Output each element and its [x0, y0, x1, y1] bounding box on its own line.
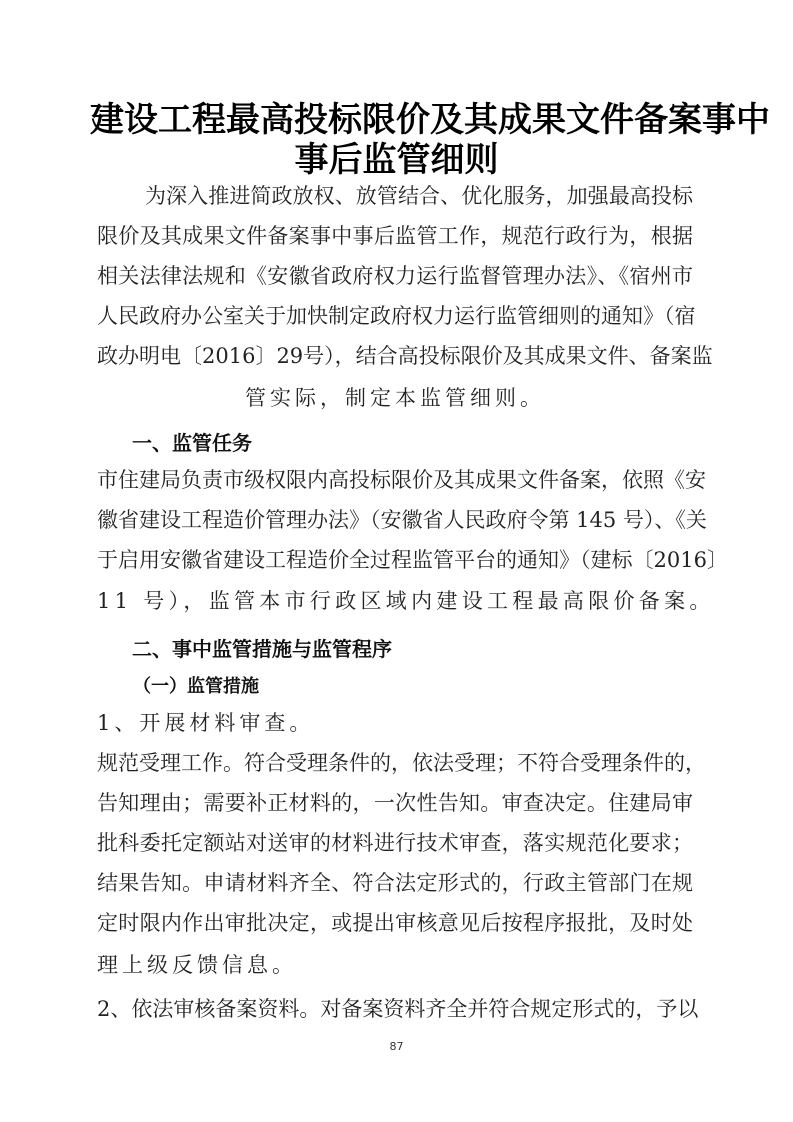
intro-paragraph-line-4: 人民政府办公室关于加快制定政府权力运行监管细则的通知》（宿 [97, 303, 693, 329]
item-1-line-3: 批科委托定额站对送审的材料进行技术审查，落实规范化要求； [97, 830, 693, 856]
item-1-line-2: 告知理由；需要补正材料的，一次性告知。审查决定。住建局审 [97, 790, 693, 816]
section-1-heading: 一、监管任务 [132, 430, 252, 456]
intro-paragraph-line-1: 为深入推进简政放权、放管结合、优化服务，加强最高投标 [145, 183, 693, 209]
item-1-line-6: 理上级反馈信息。 [97, 952, 697, 978]
item-1-line-5: 定时限内作出审批决定，或提出审核意见后按程序报批，及时处 [97, 910, 693, 936]
section-1-line-2: 徽省建设工程造价管理办法》（安徽省人民政府令第 145 号）、《关 [97, 507, 693, 533]
item-1-line-4: 结果告知。申请材料齐全、符合法定形式的，行政主管部门在规 [97, 870, 693, 896]
section-2-heading: 二、事中监管措施与监管程序 [132, 636, 392, 662]
intro-paragraph-line-3: 相关法律法规和《安徽省政府权力运行监督管理办法》、《宿州市 [97, 263, 693, 289]
intro-paragraph-line-2: 限价及其成果文件备案事中事后监管工作，规范行政行为，根据 [97, 223, 693, 249]
intro-paragraph-line-5: 政办明电〔2016〕29号），结合高投标限价及其成果文件、备案监 [97, 343, 693, 369]
section-2-subheading: （一）监管措施 [133, 675, 259, 699]
page-number: 87 [0, 1040, 793, 1053]
document-title-line-2: 事后监管细则 [90, 140, 703, 180]
document-title-line-1: 建设工程最高投标限价及其成果文件备案事中 [90, 100, 703, 140]
section-1-line-3: 于启用安徽省建设工程造价全过程监管平台的通知》（建标〔2016〕 [97, 547, 693, 573]
item-1-title: 1、开展材料审查。 [97, 710, 697, 736]
intro-paragraph-line-6: 管实际，制定本监管细则。 [97, 385, 693, 411]
item-1-line-1: 规范受理工作。符合受理条件的，依法受理；不符合受理条件的， [97, 750, 693, 776]
item-2-line-1: 2、依法审核备案资料。对备案资料齐全并符合规定形式的，予以 [97, 996, 693, 1022]
section-1-line-4: 11 号），监管本市行政区域内建设工程最高限价备案。 [97, 588, 697, 614]
document-page: 建设工程最高投标限价及其成果文件备案事中 事后监管细则 为深入推进简政放权、放管… [0, 0, 793, 1122]
section-1-line-1: 市住建局负责市级权限内高投标限价及其成果文件备案，依照《安 [97, 467, 693, 493]
